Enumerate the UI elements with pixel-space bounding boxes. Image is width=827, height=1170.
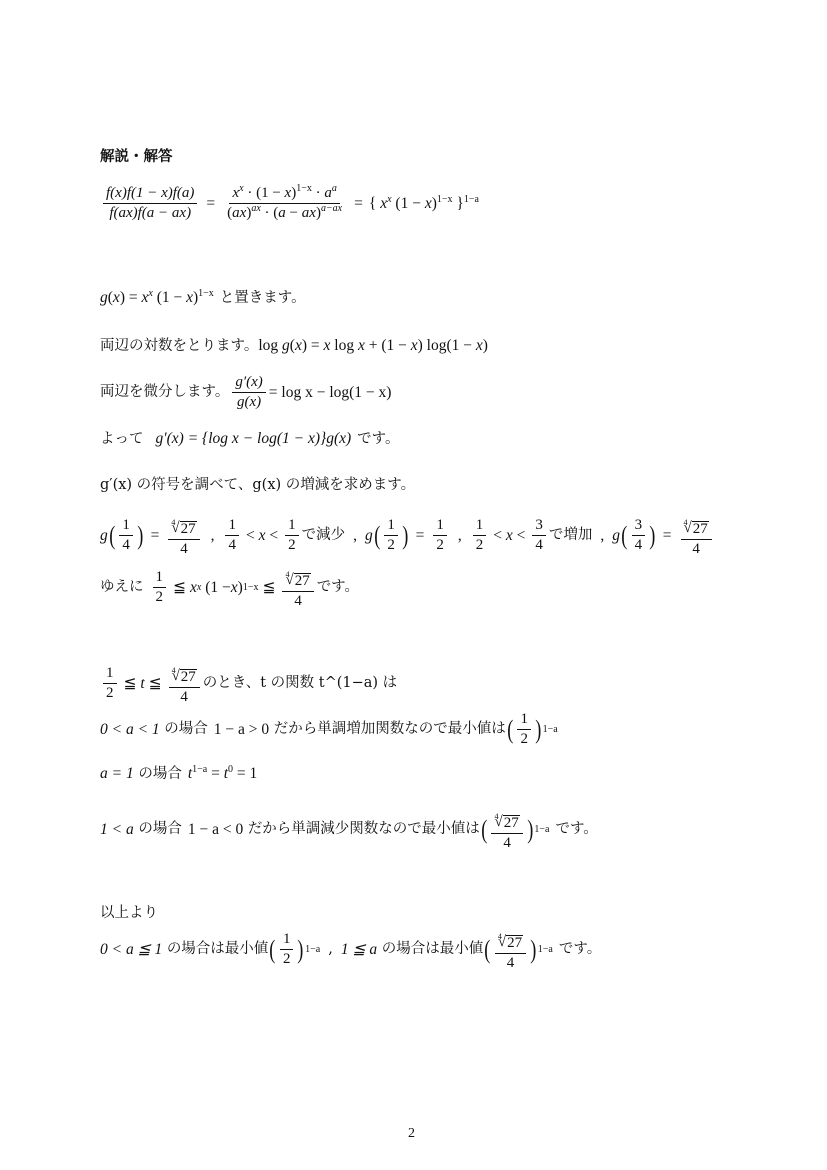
equation-rhs: { xx (1 − x)1−x }1−a [369, 196, 479, 212]
range-line: ゆえに 12 ≦ xx (1 − x)1−x ≦ 4√274 です。 [100, 566, 359, 609]
case-label: の場合 [138, 767, 182, 782]
increase-label: で増加 [549, 528, 593, 543]
hence-text: ゆえに [100, 580, 144, 595]
derivative-fraction: g′(x) g(x) [232, 375, 265, 410]
conclusion-value-1: (12)1−a [268, 932, 320, 967]
case-label: の場合 [138, 822, 182, 837]
desu-text: です。 [357, 432, 399, 447]
definition-text: と置きます。 [220, 291, 306, 306]
therefore-text: よって [100, 432, 144, 447]
equals-sign: = [206, 196, 215, 212]
case1-line: 0 < a < 1 の場合 1 − a > 0 だから単調増加関数なので最小値は… [100, 712, 558, 747]
case3-condition: 1 < a [100, 822, 134, 838]
t-function-text: のとき、t の関数 t^(1−a) は [203, 676, 397, 691]
gprime-line: よって g′(x) = {log x − log(1 − x)}g(x) です。 [100, 431, 400, 447]
mid-denominator: (ax)ax · (a − ax)a−ax [224, 204, 345, 221]
desu-text: です。 [555, 822, 597, 837]
case1-condition: 0 < a < 1 [100, 722, 160, 738]
page-number: 2 [408, 1126, 415, 1142]
fraction-lhs: f(x)f(1 − x)f(a) f(ax)f(a − ax) [103, 186, 197, 221]
equation-main: f(x)f(1 − x)f(a) f(ax)f(a − ax) = xx · (… [100, 186, 479, 221]
g-definition: g(x) = xx (1 − x)1−x [100, 290, 214, 306]
equals-sign: = [354, 196, 363, 212]
case2-line: a = 1 の場合 t1−a = t0 = 1 [100, 766, 257, 782]
range-inequality: 12 ≦ xx (1 − x)1−x ≦ 4√274 [150, 566, 317, 609]
derivative-line: 両辺を微分します。 g′(x) g(x) = log x − log(1 − x… [100, 375, 391, 410]
t-range: 12 ≦ t ≦ 4√274 [100, 662, 203, 705]
conclusion-heading: 以上より [100, 906, 158, 921]
case3-text: だから単調減少関数なので最小値は [248, 822, 480, 837]
lhs-numerator: f(x)f(1 − x)f(a) [103, 186, 197, 204]
lhs-denominator: f(ax)f(a − ax) [106, 204, 194, 221]
case1-value: (12)1−a [506, 712, 558, 747]
log-equation: log g(x) = x log x + (1 − x) log(1 − x) [258, 338, 488, 354]
case-label: の場合 [164, 722, 208, 737]
section-heading: 解説・解答 [100, 150, 173, 165]
case3-line: 1 < a の場合 1 − a < 0 だから単調減少関数なので最小値は (4√… [100, 808, 598, 851]
conclusion-condition-2: 1 ≦ a [341, 942, 377, 958]
case1-text: だから単調増加関数なので最小値は [274, 722, 506, 737]
mid-numerator: xx · (1 − x)1−x · aa [229, 186, 339, 204]
definition-line: g(x) = xx (1 − x)1−x と置きます。 [100, 290, 306, 306]
desu-text: です。 [559, 942, 601, 957]
conclusion-text-1: の場合は最小値 [167, 942, 269, 957]
case2-condition: a = 1 [100, 766, 134, 782]
case2-equation: t1−a = t0 = 1 [188, 766, 257, 782]
case3-sign: 1 − a < 0 [188, 822, 243, 838]
sign-line: g′(x) の符号を調べて、g(x) の増減を求めます。 [100, 478, 415, 493]
conclusion-line: 0 < a ≦ 1 の場合は最小値 (12)1−a , 1 ≦ a の場合は最小… [100, 928, 601, 971]
case3-value: (4√274)1−a [480, 808, 550, 851]
gprime-equation: g′(x) = {log x − log(1 − x)}g(x) [156, 431, 352, 447]
fraction-mid: xx · (1 − x)1−x · aa (ax)ax · (a − ax)a−… [224, 186, 345, 221]
derivative-text: 両辺を微分します。 [100, 385, 229, 400]
conclusion-value-2: (4√274)1−a [483, 928, 553, 971]
decrease-label: で減少 [302, 528, 346, 543]
desu-text: です。 [317, 580, 359, 595]
case1-sign: 1 − a > 0 [214, 722, 269, 738]
t-range-line: 12 ≦ t ≦ 4√274 のとき、t の関数 t^(1−a) は [100, 662, 397, 705]
log-line: 両辺の対数をとります。 log g(x) = x log x + (1 − x)… [100, 338, 488, 354]
log-text: 両辺の対数をとります。 [100, 339, 258, 354]
conclusion-condition-1: 0 < a ≦ 1 [100, 942, 162, 958]
conclusion-text-2: の場合は最小値 [382, 942, 484, 957]
derivative-rhs: = log x − log(1 − x) [269, 385, 392, 401]
value-table-line: g( 14 ) = 4√274 , 14 < x < 12 で減少 , g( 1… [100, 514, 715, 557]
